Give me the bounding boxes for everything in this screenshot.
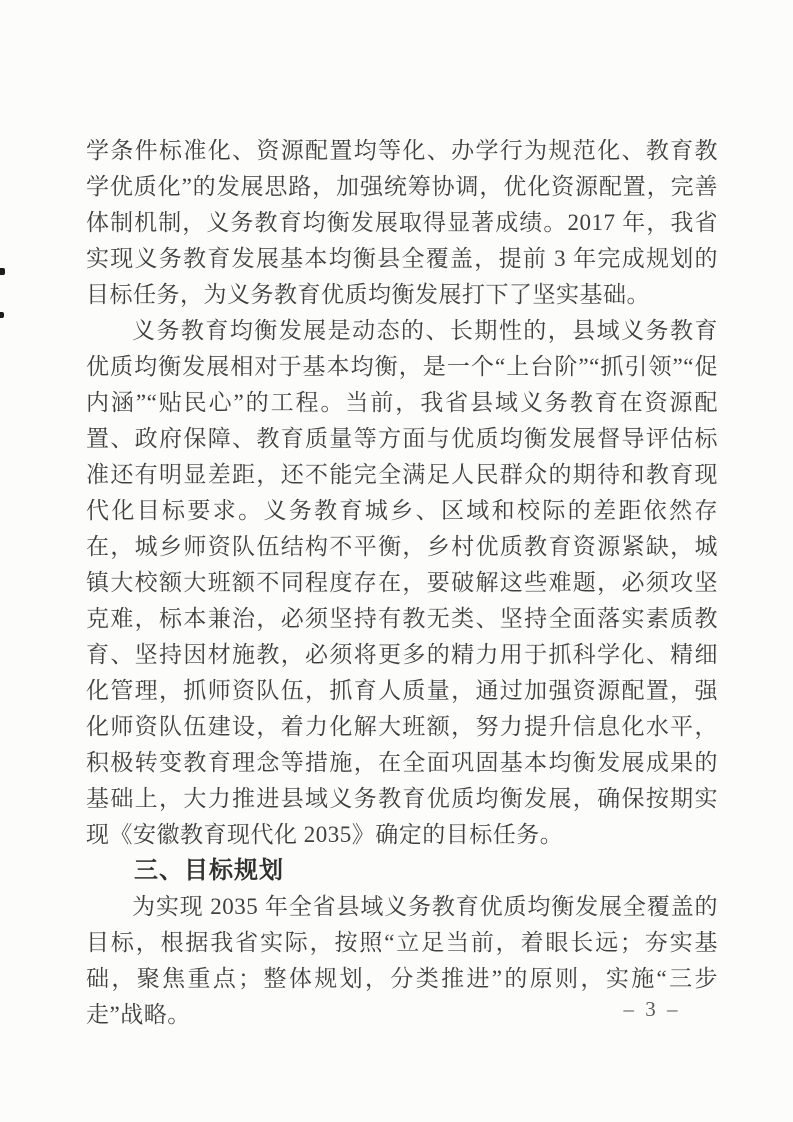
page-number: – 3 – — [612, 997, 692, 1022]
paragraph-continuation: 学条件标准化、资源配置均等化、办学行为规范化、教育教学优质化”的发展思路，加强统… — [86, 133, 718, 313]
scan-artifact-mark — [0, 312, 4, 318]
document-page: 学条件标准化、资源配置均等化、办学行为规范化、教育教学优质化”的发展思路，加强统… — [0, 0, 793, 1122]
scan-artifact-mark — [0, 268, 5, 275]
paragraph: 义务教育均衡发展是动态的、长期性的，县域义务教育优质均衡发展相对于基本均衡，是一… — [86, 313, 718, 853]
section-heading: 三、目标规划 — [86, 853, 718, 889]
document-body: 学条件标准化、资源配置均等化、办学行为规范化、教育教学优质化”的发展思路，加强统… — [86, 133, 718, 1033]
